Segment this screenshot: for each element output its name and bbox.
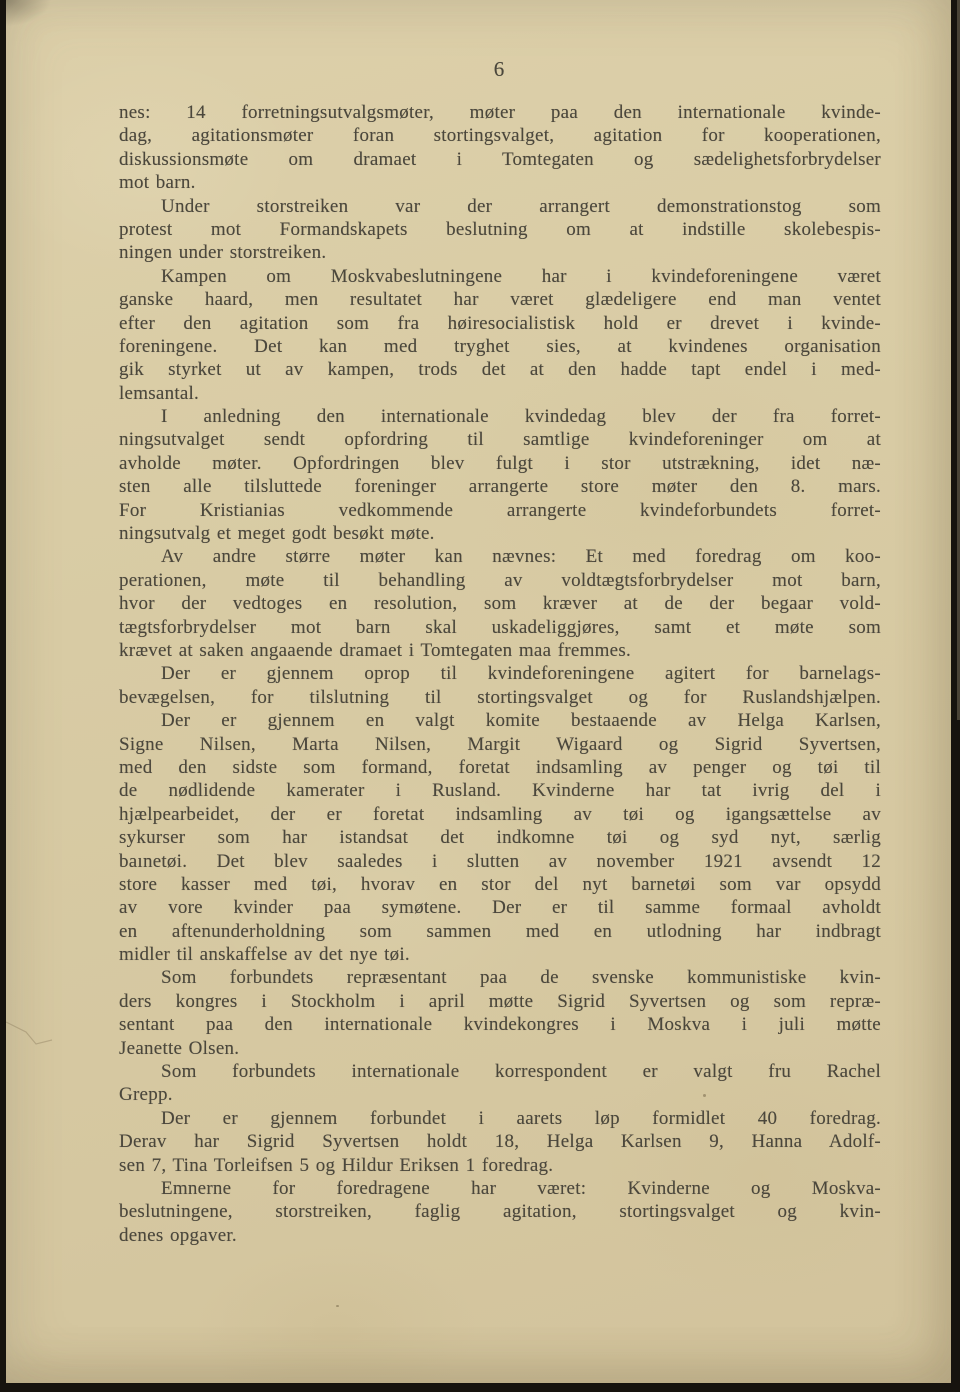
text-line: avholde møter. Opfordringen blev fulgt i…	[119, 452, 881, 475]
text-line: Derav har Sigrid Syvertsen holdt 18, Hel…	[119, 1130, 881, 1153]
text-line: beslutningene, storstreiken, faglig agit…	[119, 1200, 881, 1223]
text-line: ders kongres i Stockholm i april møtte S…	[119, 990, 881, 1013]
text-line: Av andre større møter kan nævnes: Et med…	[119, 545, 881, 568]
text-line: hjælpearbeidet, der er foretat indsamlin…	[119, 803, 881, 826]
text-line: sten alle tilsluttede foreninger arrange…	[119, 475, 881, 498]
text-line: dag, agitationsmøter foran stortingsvalg…	[119, 124, 881, 147]
text-line: Som forbundets repræsentant paa de svens…	[119, 966, 881, 989]
scanned-page-background: 6 nes: 14 forretningsutvalgsmøter, møter…	[0, 0, 960, 1392]
text-line: baınetøi. Det blev saaledes i slutten av…	[119, 850, 881, 873]
paper-speck	[590, 560, 592, 562]
text-line: efter den agitation som fra høiresociali…	[119, 312, 881, 335]
text-line: bevægelsen, for tilslutning til storting…	[119, 686, 881, 709]
text-line: midler til anskaffelse av det nye tøi.	[119, 943, 881, 966]
text-line: sykurser som har istandsat det indkomne …	[119, 826, 881, 849]
paper-speck	[336, 1305, 339, 1307]
text-line: hvor der vedtoges en resolution, som kræ…	[119, 592, 881, 615]
text-line: med den sidste som formand, foretat inds…	[119, 756, 881, 779]
text-line: ganske haard, men resultatet har været g…	[119, 288, 881, 311]
text-line: Der er gjennem en valgt komite bestaaend…	[119, 709, 881, 732]
text-line: Som forbundets internationale korrespond…	[119, 1060, 881, 1083]
text-line: sentant paa den internationale kvindekon…	[119, 1013, 881, 1036]
text-line: Jeanette Olsen.	[119, 1037, 881, 1060]
text-line: av vore kvinder paa symøtene. Der er til…	[119, 896, 881, 919]
text-line: Der er gjennem forbundet i aarets løp fo…	[119, 1107, 881, 1130]
text-line: en aftenunderholdning som sammen med en …	[119, 920, 881, 943]
text-line: denes opgaver.	[119, 1224, 881, 1247]
page-text: nes: 14 forretningsutvalgsmøter, møter p…	[119, 101, 881, 1247]
text-line: perationen, møte til behandling av voldt…	[119, 569, 881, 592]
text-line: de nødlidende kamerater i Rusland. Kvind…	[119, 779, 881, 802]
text-line: store kasser med tøi, hvorav en stor del…	[119, 873, 881, 896]
text-line: sen 7, Tina Torleifsen 5 og Hildur Eriks…	[119, 1154, 881, 1177]
text-line: I anledning den internationale kvindedag…	[119, 405, 881, 428]
text-line: krævet at saken angaaende dramaet i Tomt…	[119, 639, 881, 662]
text-line: ningsutvalget sendt opfordring til samtl…	[119, 428, 881, 451]
text-line: Kampen om Moskvabeslutningene har i kvin…	[119, 265, 881, 288]
text-line: Under storstreiken var der arrangert dem…	[119, 195, 881, 218]
text-line: diskussionsmøte om dramaet i Tomtegaten …	[119, 148, 881, 171]
text-line: mot barn.	[119, 171, 881, 194]
text-line: For Kristianias vedkommende arrangerte k…	[119, 499, 881, 522]
text-line: Der er gjennem oprop til kvindeforeninge…	[119, 662, 881, 685]
page-number: 6	[119, 57, 881, 82]
text-line: tægtsforbrydelser mot barn skal uskadeli…	[119, 616, 881, 639]
text-line: Grepp.	[119, 1083, 881, 1106]
paper-crease-mark	[6, 1012, 66, 1060]
text-line: ningen under storstreiken.	[119, 241, 881, 264]
text-line: protest mot Formandskapets beslutning om…	[119, 218, 881, 241]
text-line: gik styrket ut av kampen, trods det at d…	[119, 358, 881, 381]
text-line: ningsutvalg et meget godt besøkt møte.	[119, 522, 881, 545]
text-line: foreningene. Det kan med tryghet sies, a…	[119, 335, 881, 358]
text-line: Emnerne for foredragene har været: Kvind…	[119, 1177, 881, 1200]
paper-speck	[703, 1094, 706, 1097]
text-line: lemsantal.	[119, 382, 881, 405]
text-line: Signe Nilsen, Marta Nilsen, Margit Wigaa…	[119, 733, 881, 756]
book-page: 6 nes: 14 forretningsutvalgsmøter, møter…	[6, 0, 951, 1383]
text-line: nes: 14 forretningsutvalgsmøter, møter p…	[119, 101, 881, 124]
